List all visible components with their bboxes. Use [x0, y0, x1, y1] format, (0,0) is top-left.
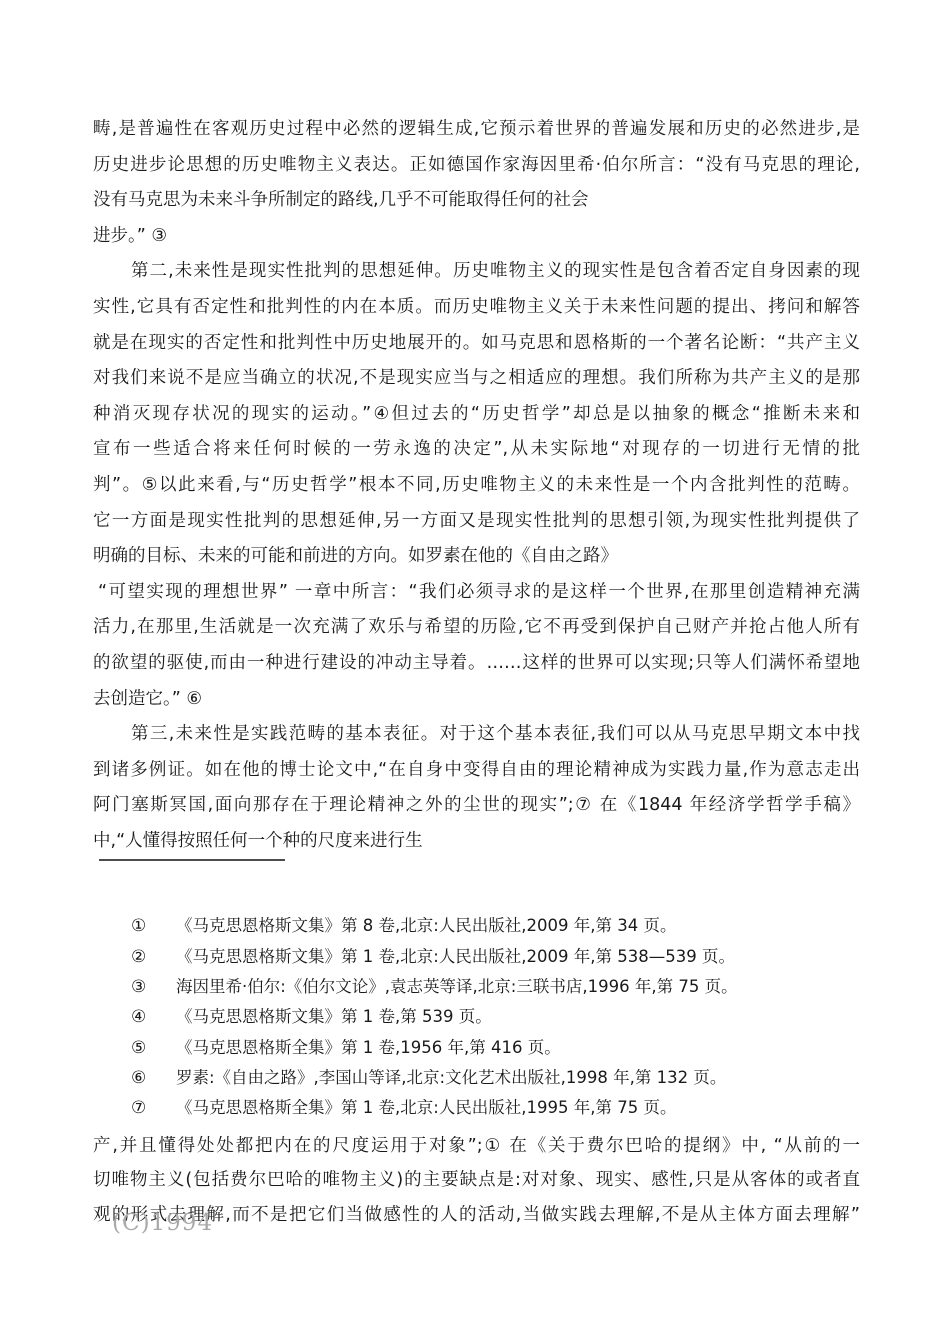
- text-line: 畴,是普遍性在客观历史过程中必然的逻辑生成,它预示着世界的普遍发展和历史的必然进…: [93, 112, 860, 148]
- text-line: 就是在现实的否定性和批判性中历史地展开的。如马克思和恩格斯的一个著名论断：“共产…: [93, 326, 860, 362]
- text-line: 切唯物主义(包括费尔巴哈的唯物主义)的主要缺点是:对对象、现实、感性,只是从客体…: [93, 1163, 860, 1198]
- footnote-text: 《马克思恩格斯文集》第 8 卷,北京:人民出版社,2009 年,第 34 页。: [176, 911, 860, 941]
- footnote-item: ③ 海因里希·伯尔:《伯尔文论》,袁志英等译,北京:三联书店,1996 年,第 …: [93, 972, 860, 1002]
- footnote-text: 《马克思恩格斯文集》第 1 卷,北京:人民出版社,2009 年,第 538—53…: [176, 942, 860, 972]
- footnote-text: 《马克思恩格斯全集》第 1 卷,1956 年,第 416 页。: [176, 1033, 860, 1063]
- text-line: 的欲望的驱使,而由一种进行建设的冲动主导着。……这样的世界可以实现;只等人们满怀…: [93, 646, 860, 682]
- footnote-item: ⑦ 《马克思恩格斯全集》第 1 卷,北京:人民出版社,1995 年,第 75 页…: [93, 1093, 860, 1123]
- footnote-item: ① 《马克思恩格斯文集》第 8 卷,北京:人民出版社,2009 年,第 34 页…: [93, 911, 860, 941]
- footnote-divider: [99, 859, 285, 861]
- footnote-item: ⑤ 《马克思恩格斯全集》第 1 卷,1956 年,第 416 页。: [93, 1033, 860, 1063]
- footnote-text: 《马克思恩格斯文集》第 1 卷,第 539 页。: [176, 1002, 860, 1032]
- text-line: 判”。⑤以此来看,与“历史哲学”根本不同,历史唯物主义的未来性是一个内含批判性的…: [93, 468, 860, 504]
- text-line: 产,并且懂得处处都把内在的尺度运用于对象”;① 在《关于费尔巴哈的提纲》中, “…: [93, 1129, 860, 1164]
- footnote-marker: ④: [93, 1002, 176, 1032]
- text-line: 种消灭现存状况的现实的运动。”④但过去的“历史哲学”却总是以抽象的概念“推断未来…: [93, 397, 860, 433]
- text-line: “可望实现的理想世界” 一章中所言：“我们必须寻求的是这样一个世界,在那里创造精…: [93, 575, 860, 611]
- page-content: 畴,是普遍性在客观历史过程中必然的逻辑生成,它预示着世界的普遍发展和历史的必然进…: [93, 112, 860, 1233]
- footnote-marker: ③: [93, 972, 176, 1002]
- footnote-item: ④ 《马克思恩格斯文集》第 1 卷,第 539 页。: [93, 1002, 860, 1032]
- footnote-text: 海因里希·伯尔:《伯尔文论》,袁志英等译,北京:三联书店,1996 年,第 75…: [176, 972, 860, 1002]
- text-line: 中,“人懂得按照任何一个种的尺度来进行生: [93, 824, 860, 860]
- footnote-item: ⑥ 罗素:《自由之路》,李国山等译,北京:文化艺术出版社,1998 年,第 13…: [93, 1063, 860, 1093]
- footnote-marker: ⑤: [93, 1033, 176, 1063]
- text-line: 去创造它。” ⑥: [93, 682, 860, 718]
- text-line: 第二,未来性是现实性批判的思想延伸。历史唯物主义的现实性是包含着否定自身因素的现: [93, 254, 860, 290]
- text-line: 对我们来说不是应当确立的状况,不是现实应当与之相适应的理想。我们所称为共产主义的…: [93, 361, 860, 397]
- text-line: 活力,在那里,生活就是一次充满了欢乐与希望的历险,它不再受到保护自己财产并抢占他…: [93, 610, 860, 646]
- footnote-marker: ①: [93, 911, 176, 941]
- text-line: 它一方面是现实性批判的思想延伸,另一方面又是现实性批判的思想引领,为现实性批判提…: [93, 504, 860, 540]
- text-line: 进步。” ③: [93, 219, 860, 255]
- text-line: 明确的目标、未来的可能和前进的方向。如罗素在他的《自由之路》: [93, 539, 860, 575]
- footnote-text: 《马克思恩格斯全集》第 1 卷,北京:人民出版社,1995 年,第 75 页。: [176, 1093, 860, 1123]
- footnote-marker: ⑥: [93, 1063, 176, 1093]
- document-page: 畴,是普遍性在客观历史过程中必然的逻辑生成,它预示着世界的普遍发展和历史的必然进…: [0, 0, 950, 1330]
- footnote-item: ② 《马克思恩格斯文集》第 1 卷,北京:人民出版社,2009 年,第 538—…: [93, 942, 860, 972]
- text-line: 没有马克思为未来斗争所制定的路线,几乎不可能取得任何的社会: [93, 183, 860, 219]
- footnote-marker: ②: [93, 942, 176, 972]
- text-line: 实性,它具有否定性和批判性的内在本质。而历史唯物主义关于未来性问题的提出、拷问和…: [93, 290, 860, 326]
- footnote-text: 罗素:《自由之路》,李国山等译,北京:文化艺术出版社,1998 年,第 132 …: [176, 1063, 860, 1093]
- text-line: 宣布一些适合将来任何时候的一劳永逸的决定”,从未实际地“对现存的一切进行无情的批: [93, 432, 860, 468]
- text-line: 阿门塞斯冥国,面向那存在于理论精神之外的尘世的现实”;⑦ 在《1844 年经济学…: [93, 788, 860, 824]
- watermark: (C)1994: [112, 1210, 213, 1236]
- text-line: 到诸多例证。如在他的博士论文中,“在自身中变得自由的理论精神成为实践力量,作为意…: [93, 753, 860, 789]
- text-line: 历史进步论思想的历史唯物主义表达。正如德国作家海因里希·伯尔所言：“没有马克思的…: [93, 148, 860, 184]
- footnote-marker: ⑦: [93, 1093, 176, 1123]
- main-text-block: 畴,是普遍性在客观历史过程中必然的逻辑生成,它预示着世界的普遍发展和历史的必然进…: [93, 112, 860, 859]
- footnotes-block: ① 《马克思恩格斯文集》第 8 卷,北京:人民出版社,2009 年,第 34 页…: [93, 911, 860, 1123]
- text-line: 第三,未来性是实践范畴的基本表征。对于这个基本表征,我们可以从马克思早期文本中找: [93, 717, 860, 753]
